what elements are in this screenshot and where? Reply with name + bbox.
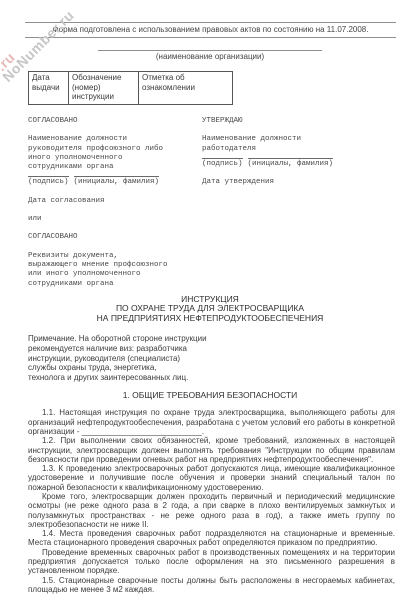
agreed-date-label: Дата согласования — [28, 197, 202, 206]
column-acknowledgement-mark: Отметка об ознакомлении — [139, 72, 233, 105]
signature-label: (подпись) — [28, 176, 69, 187]
agreed-block: СОГЛАСОВАНО Наименование должности руков… — [28, 117, 202, 289]
column-instruction-number: Обозначение (номер) инструкции — [69, 72, 139, 105]
initials-surname-label: (инициалы, фамилия) — [74, 176, 160, 187]
column-issue-date: Дата выдачи — [29, 72, 69, 105]
signature-label: (подпись) — [202, 158, 243, 169]
document-note: Примечание. На оборотной стороне инструк… — [28, 334, 420, 382]
agreed-status: СОГЛАСОВАНО — [28, 117, 202, 126]
document-page: NoNumber.ru NoNumber.ru Форма подготовле… — [0, 0, 420, 600]
paragraph-1-5: 1.5. Стационарные сварочные посты должны… — [28, 576, 395, 595]
paragraph-1-4: 1.4. Места проведения сварочных работ по… — [28, 529, 395, 548]
paragraph-1-4-continued: Проведение временных сварочных работ в п… — [28, 548, 395, 576]
approved-status: УТВЕРЖДАЮ — [202, 117, 392, 126]
approval-blocks: СОГЛАСОВАНО Наименование должности руков… — [28, 117, 420, 289]
document-body: 1.1. Настоящая инструкция по охране труд… — [28, 408, 395, 594]
table-header-row: Дата выдачи Обозначение (номер) инструкц… — [29, 72, 233, 105]
paragraph-1-2: 1.2. При выполнении своих обязанностей, … — [28, 436, 395, 464]
paragraph-1-3-continued: Кроме того, электросварщик должен проход… — [28, 492, 395, 529]
agreed-document-details: Реквизиты документа, выражающего мнение … — [28, 252, 202, 289]
agreed-signature-line: (подпись)(инициалы, фамилия) — [28, 176, 202, 187]
approved-block: УТВЕРЖДАЮ Наименование должности работод… — [202, 117, 392, 289]
initials-surname-label: (инициалы, фамилия) — [248, 158, 334, 169]
form-preparation-note: Форма подготовлена с использованием прав… — [25, 22, 396, 38]
or-label: или — [28, 215, 202, 224]
organization-name-label: (наименование организации) — [0, 51, 420, 61]
agreed-status-2: СОГЛАСОВАНО — [28, 233, 202, 242]
paragraph-1-3: 1.3. К проведению электросварочных работ… — [28, 464, 395, 492]
approved-date-label: Дата утверждения — [202, 178, 392, 187]
instruction-registration-table: Дата выдачи Обозначение (номер) инструкц… — [28, 71, 233, 105]
agreed-position-title: Наименование должности руководителя проф… — [28, 135, 202, 172]
organization-name-block: (наименование организации) — [0, 50, 420, 61]
document-title: ИНСТРУКЦИЯ ПО ОХРАНЕ ТРУДА ДЛЯ ЭЛЕКТРОСВ… — [0, 295, 420, 324]
paragraph-1-1: 1.1. Настоящая инструкция по охране труд… — [28, 408, 395, 436]
approved-position-title: Наименование должности работодателя — [202, 135, 392, 154]
section-heading: 1. ОБЩИЕ ТРЕБОВАНИЯ БЕЗОПАСНОСТИ — [0, 390, 420, 400]
approved-signature-line: (подпись)(инициалы, фамилия) — [202, 158, 392, 169]
